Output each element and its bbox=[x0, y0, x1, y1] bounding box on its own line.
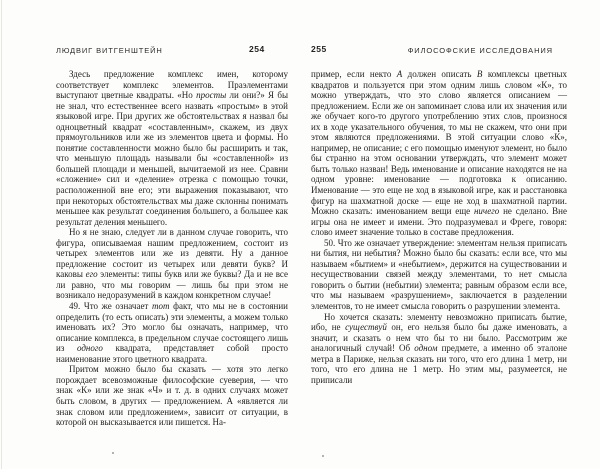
paragraph: Притом можно было бы сказать — хотя это … bbox=[56, 364, 288, 427]
paragraph: 49. Что же означает тот факт, что мы не … bbox=[56, 301, 288, 364]
paragraph: 50. Что же означает утверждение: элемент… bbox=[311, 238, 567, 312]
book-scan-spread: ЛЮДВИГ ВИТГЕНШТЕЙН 254 Здесь предложение… bbox=[0, 0, 600, 469]
page-number-left: 254 bbox=[249, 44, 265, 54]
scan-speck-artifact bbox=[112, 452, 114, 454]
running-head-right: 255 ФИЛОСОФСКИЕ ИССЛЕДОВАНИЯ bbox=[311, 44, 567, 56]
page-text-left: Здесь предложение комплекс имен, котором… bbox=[56, 69, 288, 428]
scan-edge-artifact bbox=[1, 0, 2, 469]
paragraph: пример, если некто А должен описать В ко… bbox=[311, 69, 567, 238]
book-title-running-head: ФИЛОСОФСКИЕ ИССЛЕДОВАНИЯ bbox=[408, 46, 553, 55]
running-head-left: ЛЮДВИГ ВИТГЕНШТЕЙН 254 bbox=[56, 44, 288, 56]
page-right: 255 ФИЛОСОФСКИЕ ИССЛЕДОВАНИЯ пример, есл… bbox=[311, 44, 567, 385]
page-number-right: 255 bbox=[311, 44, 327, 54]
paragraph: Но хочется сказать: элементу невозможно … bbox=[311, 312, 567, 386]
author-running-head: ЛЮДВИГ ВИТГЕНШТЕЙН bbox=[56, 46, 163, 55]
page-left: ЛЮДВИГ ВИТГЕНШТЕЙН 254 Здесь предложение… bbox=[56, 44, 288, 428]
paragraph: Здесь предложение комплекс имен, котором… bbox=[56, 69, 288, 227]
page-text-right: пример, если некто А должен описать В ко… bbox=[311, 69, 567, 385]
scan-speck-artifact bbox=[322, 455, 324, 457]
paragraph: Но я не знаю, следует ли в данном случае… bbox=[56, 227, 288, 301]
